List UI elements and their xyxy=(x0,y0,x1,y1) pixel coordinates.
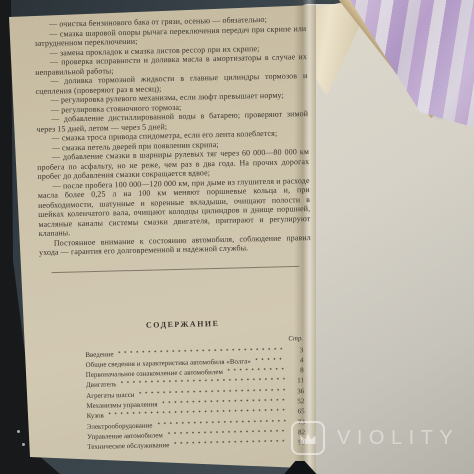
toc-entry-page: 4 xyxy=(287,356,303,365)
table-of-contents: СОДЕРЖАНИЕ Стр. Введение 3 Общие сведени… xyxy=(41,316,316,452)
body-paragraph: — после пробега 100 000—120 000 км, при … xyxy=(38,176,311,239)
toc-entry-page: 11 xyxy=(288,377,304,386)
dust-speck xyxy=(17,430,20,433)
crown-icon xyxy=(298,429,318,447)
toc-title: СОДЕРЖАНИЕ xyxy=(53,316,313,331)
page-content: — очистка бензинового бака от грязи, осе… xyxy=(34,14,315,452)
toc-entry-page: 8 xyxy=(288,366,304,375)
toc-entry-page: 52 xyxy=(288,397,304,406)
toc-entry-label: Двигатель xyxy=(86,381,117,390)
toc-entry-label: Электрооборудование xyxy=(87,421,153,431)
photo-scene: — очистка бензинового бака от грязи, осе… xyxy=(0,0,474,474)
watermark-badge xyxy=(291,421,325,455)
section-divider xyxy=(51,265,299,272)
toc-entry-label: Кузов xyxy=(87,412,104,421)
watermark: VIOLITY xyxy=(291,421,459,455)
dust-speck xyxy=(22,443,25,446)
dot-leader xyxy=(155,416,286,427)
toc-entry-page: 3 xyxy=(287,346,303,355)
toc-entry-label: Введение xyxy=(85,350,113,359)
watermark-label: VIOLITY xyxy=(337,427,459,450)
dot-leader xyxy=(160,396,285,407)
toc-rows: Введение 3 Общие сведения и характеристи… xyxy=(41,343,315,452)
dot-leader xyxy=(166,426,286,437)
dot-leader xyxy=(172,437,286,447)
dot-leader xyxy=(254,354,285,363)
toc-entry-label: Агрегаты шасси xyxy=(86,391,134,400)
toc-entry-page: 36 xyxy=(288,387,304,396)
toc-entry-label: Управление автомобилем xyxy=(87,431,163,441)
toc-entry-page: 65 xyxy=(289,407,305,416)
dot-leader xyxy=(226,365,285,374)
